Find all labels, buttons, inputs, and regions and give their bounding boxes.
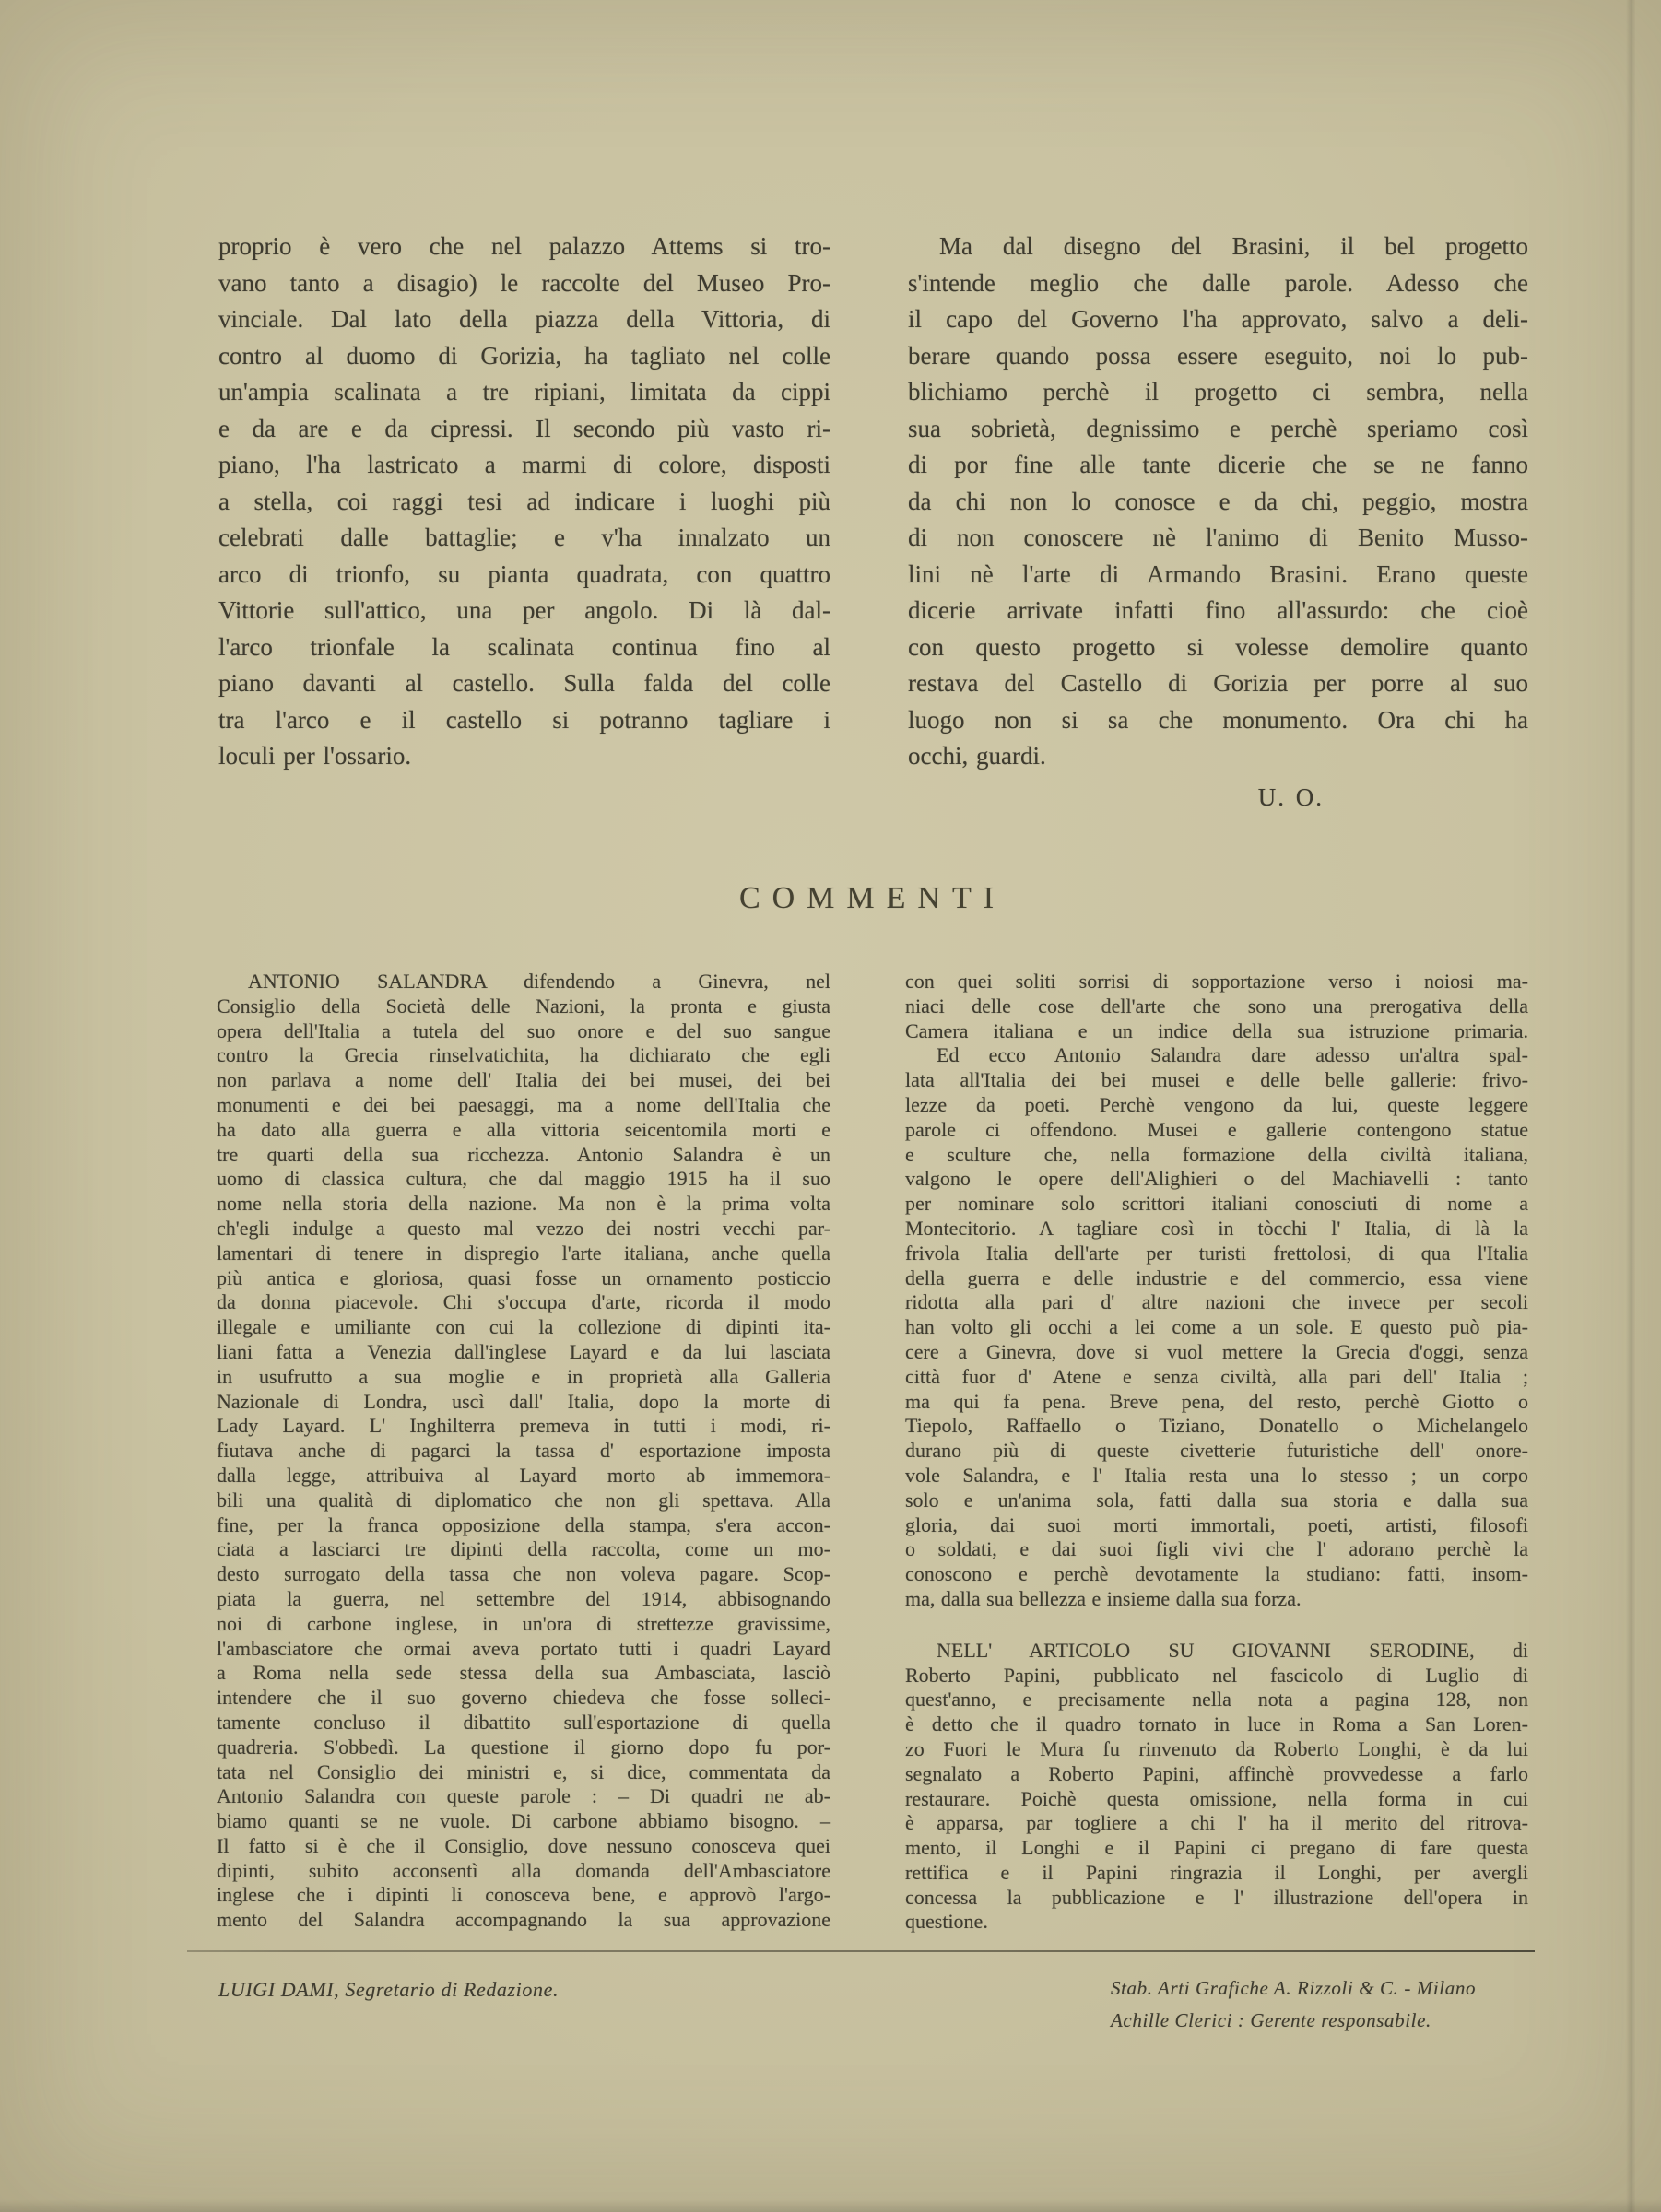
text-line: Vittorie sull'attico, una per angolo. Di… xyxy=(218,593,830,629)
text-line: rettifica e il Papini ringrazia il Longh… xyxy=(905,1861,1528,1886)
text-line: cere a Ginevra, dove si vuol mettere la … xyxy=(905,1340,1528,1365)
text-line: Roberto Papini, pubblicato nel fascicolo… xyxy=(905,1664,1528,1688)
text-line: dicerie arrivate infatti fino all'assurd… xyxy=(908,593,1528,629)
text-line: contro la Grecia rinselvatichita, ha dic… xyxy=(217,1043,830,1068)
text-line: l'ambasciatore che ormai aveva portato t… xyxy=(217,1637,830,1662)
text-line: ha dato alla guerra e alla vittoria seic… xyxy=(217,1118,830,1143)
text-line: tra l'arco e il castello si potranno tag… xyxy=(218,702,830,739)
text-line: il capo del Governo l'ha approvato, salv… xyxy=(908,301,1528,338)
text-line: celebrati dalle battaglie; e v'ha innalz… xyxy=(218,520,830,557)
text-line: tata nel Consiglio dei ministri e, si di… xyxy=(217,1760,830,1785)
text-line: di non conoscere nè l'animo di Benito Mu… xyxy=(908,520,1528,557)
text-line: desto surrogato della tassa che non vole… xyxy=(217,1562,830,1587)
text-line: in usufrutto a sua moglie e in proprietà… xyxy=(217,1365,830,1390)
section-heading-commenti: COMMENTI xyxy=(217,881,1528,916)
text-line: lezze da poeti. Perchè vengono da lui, q… xyxy=(905,1093,1528,1118)
footer-printer-credit: Stab. Arti Grafiche A. Rizzoli & C. - Mi… xyxy=(1111,1972,1476,2037)
text-line: segnalato a Roberto Papini, affinchè pro… xyxy=(905,1762,1528,1787)
footer-printer-line2: Achille Clerici : Gerente responsabile. xyxy=(1111,2005,1476,2037)
text-line: è apparsa, par togliere a chi l' ha il m… xyxy=(905,1811,1528,1836)
text-line: a Roma nella sede stessa della sua Ambas… xyxy=(217,1661,830,1686)
text-line: Lady Layard. L' Inghilterra premeva in t… xyxy=(217,1414,830,1439)
text-line: piano, l'ha lastricato a marmi di colore… xyxy=(218,447,830,484)
text-line: o soldati, e dai suoi figli vivi che l' … xyxy=(905,1537,1528,1562)
text-line: dipinti, subito acconsentì alla domanda … xyxy=(217,1859,830,1884)
article-top-right-column: Ma dal disegno del Brasini, il bel proge… xyxy=(908,229,1528,816)
text-line: e da are e da cipressi. Il secondo più v… xyxy=(218,411,830,448)
page-edge-shadow-right xyxy=(1626,0,1635,2212)
paragraph: NELL' ARTICOLO SU GIOVANNI SERODINE, diR… xyxy=(905,1639,1528,1935)
text-line: han volto gli occhi a lei come a un sole… xyxy=(905,1315,1528,1340)
text-line: parole ci offendono. Musei e gallerie co… xyxy=(905,1118,1528,1143)
text-line: non parlava a nome dell' Italia dei bei … xyxy=(217,1068,830,1093)
text-line: dalla legge, attribuiva al Layard morto … xyxy=(217,1464,830,1488)
text-line: valgono le opere dell'Alighieri o del Ma… xyxy=(905,1167,1528,1192)
article-top-left-column: proprio è vero che nel palazzo Attems si… xyxy=(218,229,830,775)
text-line: mento, il Longhi e il Papini ci pregano … xyxy=(905,1836,1528,1861)
commenti-left-column: ANTONIO SALANDRA difendendo a Ginevra, n… xyxy=(217,970,830,1933)
text-line: arco di trionfo, su pianta quadrata, con… xyxy=(218,557,830,594)
text-line: lini nè l'arte di Armando Brasini. Erano… xyxy=(908,557,1528,594)
text-line: tre quarti della sua ricchezza. Antonio … xyxy=(217,1143,830,1168)
text-line: Montecitorio. A tagliare così in tòcchi … xyxy=(905,1217,1528,1241)
text-line: piata la guerra, nel settembre del 1914,… xyxy=(217,1587,830,1612)
page-edge-shadow-bottom xyxy=(0,2199,1661,2212)
text-line: s'intende meglio che dalle parole. Adess… xyxy=(908,265,1528,302)
text-line: occhi, guardi. xyxy=(908,738,1528,775)
text-line: bili una qualità di diplomatico che non … xyxy=(217,1488,830,1513)
text-line: proprio è vero che nel palazzo Attems si… xyxy=(218,229,830,265)
text-line: della guerra e delle industrie e del com… xyxy=(905,1266,1528,1291)
text-line: da chi non lo conosce e da chi, peggio, … xyxy=(908,484,1528,521)
text-line: restaurare. Poichè questa omissione, nel… xyxy=(905,1787,1528,1812)
text-line: inglese che i dipinti li conosceva bene,… xyxy=(217,1883,830,1908)
footer-divider-rule xyxy=(187,1950,1535,1952)
text-line: l'arco trionfale la scalinata continua f… xyxy=(218,629,830,666)
text-line: un'ampia scalinata a tre ripiani, limita… xyxy=(218,374,830,411)
footer-printer-line1: Stab. Arti Grafiche A. Rizzoli & C. - Mi… xyxy=(1111,1972,1476,2005)
text-line: liani fatta a Venezia dall'inglese Layar… xyxy=(217,1340,830,1365)
article-top-right-text: Ma dal disegno del Brasini, il bel proge… xyxy=(908,229,1528,775)
text-line: ANTONIO SALANDRA difendendo a Ginevra, n… xyxy=(217,970,830,994)
text-line: opera dell'Italia a tutela del suo onore… xyxy=(217,1019,830,1044)
text-line: solo e un'anima sola, fatti dalla sua st… xyxy=(905,1488,1528,1513)
text-line: zo Fuori le Mura fu rinvenuto da Roberto… xyxy=(905,1737,1528,1762)
paragraph: con quei soliti sorrisi di sopportazione… xyxy=(905,970,1528,1043)
text-line: illegale e umiliante con cui la collezio… xyxy=(217,1315,830,1340)
text-line: restava del Castello di Gorizia per porr… xyxy=(908,665,1528,702)
text-line: quest'anno, e precisamente nella nota a … xyxy=(905,1688,1528,1712)
text-line: da donna piacevole. Chi s'occupa d'arte,… xyxy=(217,1290,830,1315)
text-line: noi di carbone inglese, in un'ora di str… xyxy=(217,1612,830,1637)
text-line: uomo di classica cultura, che dal maggio… xyxy=(217,1167,830,1192)
paragraph: Ed ecco Antonio Salandra dare adesso un'… xyxy=(905,1043,1528,1611)
text-line: Camera italiana e un indice della sua is… xyxy=(905,1019,1528,1044)
text-line: frivola Italia dell'arte per turisti fre… xyxy=(905,1241,1528,1266)
text-line: e sculture che, nella formazione della c… xyxy=(905,1143,1528,1168)
paragraph: ANTONIO SALANDRA difendendo a Ginevra, n… xyxy=(217,970,830,1933)
text-line: fine, per la franca opposizione della st… xyxy=(217,1513,830,1538)
text-line: ma, dalla sua bellezza e insieme dalla s… xyxy=(905,1587,1528,1612)
text-line: biamo quanti se ne vuole. Di carbone abb… xyxy=(217,1809,830,1834)
text-line: durano più di queste civetterie futurist… xyxy=(905,1439,1528,1464)
text-line: Nazionale di Londra, uscì dall' Italia, … xyxy=(217,1390,830,1415)
text-line: NELL' ARTICOLO SU GIOVANNI SERODINE, di xyxy=(905,1639,1528,1664)
text-line: Ed ecco Antonio Salandra dare adesso un'… xyxy=(905,1043,1528,1068)
text-line: è detto che il quadro tornato in luce in… xyxy=(905,1712,1528,1737)
text-line: quadreria. S'obbedì. La questione il gio… xyxy=(217,1735,830,1760)
text-line: vinciale. Dal lato della piazza della Vi… xyxy=(218,301,830,338)
text-line: per nominare solo scrittori italiani con… xyxy=(905,1192,1528,1217)
text-line: ma qui fa pena. Breve pena, del resto, p… xyxy=(905,1390,1528,1415)
text-line: nome nella storia della nazione. Ma non … xyxy=(217,1192,830,1217)
paragraph: proprio è vero che nel palazzo Attems si… xyxy=(218,229,830,775)
text-line: berare quando possa essere eseguito, noi… xyxy=(908,338,1528,375)
text-line: lamentari di tenere in dispregio l'arte … xyxy=(217,1241,830,1266)
text-line: ch'egli indulge a questo mal vezzo dei n… xyxy=(217,1217,830,1241)
commenti-right-column: con quei soliti sorrisi di sopportazione… xyxy=(905,970,1528,1935)
text-line: a stella, coi raggi tesi ad indicare i l… xyxy=(218,484,830,521)
text-line: lata all'Italia dei bei musei e delle be… xyxy=(905,1068,1528,1093)
text-line: piano davanti al castello. Sulla falda d… xyxy=(218,665,830,702)
text-line: sua sobrietà, degnissimo e perchè speria… xyxy=(908,411,1528,448)
text-line: fiutava anche di pagarci la tassa d' esp… xyxy=(217,1439,830,1464)
text-line: luogo non si sa che monumento. Ora chi h… xyxy=(908,702,1528,739)
footer-editor-credit: LUIGI DAMI, Segretario di Redazione. xyxy=(218,1978,559,2002)
text-line: mento del Salandra accompagnando la sua … xyxy=(217,1908,830,1933)
text-line: di por fine alle tante dicerie che se ne… xyxy=(908,447,1528,484)
magazine-page-scan: proprio è vero che nel palazzo Attems si… xyxy=(0,0,1661,2212)
text-line: città fuor d' Atene e senza civiltà, all… xyxy=(905,1365,1528,1390)
text-line: Consiglio della Società delle Nazioni, l… xyxy=(217,994,830,1019)
text-line: vano tanto a disagio) le raccolte del Mu… xyxy=(218,265,830,302)
text-line: Il fatto si è che il Consiglio, dove nes… xyxy=(217,1834,830,1859)
text-line: blichiamo perchè il progetto ci sembra, … xyxy=(908,374,1528,411)
text-line: gloria, dai suoi morti immortali, poeti,… xyxy=(905,1513,1528,1538)
text-line: con questo progetto si volesse demolire … xyxy=(908,629,1528,666)
text-line: concessa la pubblicazione e l' illustraz… xyxy=(905,1886,1528,1911)
text-line: ciata a lasciarci tre dipinti della racc… xyxy=(217,1537,830,1562)
text-line: con quei soliti sorrisi di sopportazione… xyxy=(905,970,1528,994)
text-line: contro al duomo di Gorizia, ha tagliato … xyxy=(218,338,830,375)
text-line: conoscono e perchè devotamente la studia… xyxy=(905,1562,1528,1587)
text-line: intendere che il suo governo chiedeva ch… xyxy=(217,1686,830,1711)
text-line: più antica e gloriosa, quasi fosse un or… xyxy=(217,1266,830,1291)
text-line: tamente concluso il dibattito sull'espor… xyxy=(217,1711,830,1735)
text-line: Antonio Salandra con queste parole : – D… xyxy=(217,1784,830,1809)
text-line: niaci delle cose dell'arte che sono una … xyxy=(905,994,1528,1019)
text-line: vole Salandra, e l' Italia resta una lo … xyxy=(905,1464,1528,1488)
text-line: monumenti e dei bei paesaggi, ma a nome … xyxy=(217,1093,830,1118)
text-line: ridotta alla pari d' altre nazioni che i… xyxy=(905,1290,1528,1315)
text-line: Tiepolo, Raffaello o Tiziano, Donatello … xyxy=(905,1414,1528,1439)
text-line: Ma dal disegno del Brasini, il bel proge… xyxy=(908,229,1528,265)
text-line: questione. xyxy=(905,1910,1528,1935)
paragraph: Ma dal disegno del Brasini, il bel proge… xyxy=(908,229,1528,775)
text-line: loculi per l'ossario. xyxy=(218,738,830,775)
author-initials-signature: U. O. xyxy=(908,780,1528,817)
